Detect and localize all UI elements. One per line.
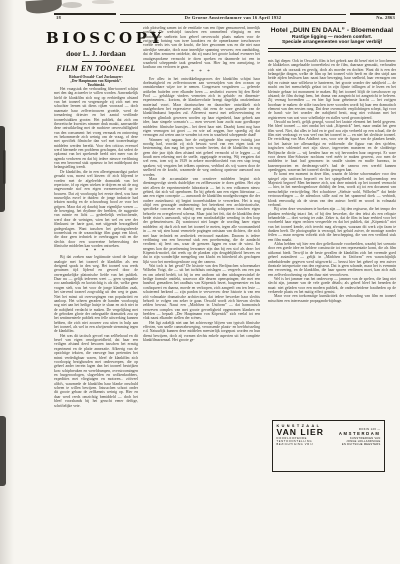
article-paragraph: Het was dit tactisch gevoel van zelfbeho…	[54, 334, 138, 408]
kunstzaal-city: AMSTERDAM	[327, 431, 381, 436]
article-byline: door L. J. Jordaan	[46, 49, 146, 58]
scan-edge-streak	[3, 150, 6, 184]
article-paragraph: Wat toch is het geval? De historie van d…	[143, 264, 260, 321]
column-left: Het vraagstuk der verhouding film-toonee…	[54, 87, 138, 457]
article-paragraph: Wanneer wij nagaan, hoe de zwijgende fil…	[143, 138, 260, 177]
article-paragraph: Wel is het jammer van het onderwerp — ja…	[268, 277, 396, 294]
hotel-ad-offer: Speciale arrangementen voor langer verbl…	[268, 40, 396, 45]
scan-edge-streak	[0, 126, 5, 212]
article-paragraph: Maar de accumulatie van creatieve middel…	[143, 177, 260, 264]
newspaper-page-scan: 18 De Groene Amsterdammer van 16 April 1…	[0, 0, 400, 564]
article-paragraph: Maar voor een toekomstige kunstkritiek d…	[268, 294, 396, 303]
scan-edge-streak	[0, 416, 6, 486]
section-separator: * * *	[54, 249, 138, 255]
title-divider-rule	[82, 61, 110, 62]
article-paragraph: zich plotseling samen tot de ventilatie …	[143, 26, 260, 70]
scan-edge-shadow	[0, 0, 14, 564]
article-paragraph: Eer alles: in het ontwikkelingsproces de…	[143, 77, 260, 138]
kunstzaal-van-lier-ad: KUNSTZAAL VAN LIER ROKIN 126 — AMSTERDAM…	[272, 420, 385, 472]
hotel-ad-divider-rules	[268, 48, 396, 53]
kunstzaal-artworks-note: KUNSTWERKEN VAN JONGE HOLLANDSCHE EN DUI…	[342, 437, 381, 446]
hotel-ad-title: Hotel „DUIN EN DAAL” - Bloemendaal	[268, 27, 396, 34]
kunstzaal-exhibition-note: DOORLOOPENDE TENTOONSTELLING BEZICHTIGIN…	[277, 437, 314, 446]
article-paragraph: Er komt een moment in deze film, waarin …	[268, 172, 396, 207]
film-credits: Richard Oswald- Carl Zuckmayer: „Der Hau…	[46, 75, 146, 87]
article-paragraph: Het vraagstuk der verhouding film-toonee…	[54, 87, 138, 170]
column-right: mis ligt dieper. Ook in Oswald's film is…	[268, 59, 396, 411]
article-paragraph: mis ligt dieper. Ook in Oswald's film is…	[268, 59, 396, 120]
kunstzaal-right-line: EN DUITSCHE MEESTERS	[342, 443, 381, 446]
scan-smudge	[62, 2, 82, 8]
article-paragraph: Aldus hebben wij hier een dier geliefkoo…	[268, 242, 396, 277]
header-rule-under	[120, 22, 346, 23]
header-rule-left	[54, 13, 116, 15]
kunstzaal-left-line: BEZICHTIGING VRIJ	[277, 443, 314, 446]
article-paragraph: Oswald nu heeft, gelijk gezegd, vooral h…	[268, 120, 396, 172]
article-paragraph: Bij wien deze verzuimen te boeken zijn —…	[268, 207, 396, 242]
masthead: De Groene Amsterdammer van 16 April 1932	[120, 15, 346, 20]
van-lier-name: VAN LIER	[277, 428, 324, 437]
hotel-duin-en-daal-ad: Hotel „DUIN EN DAAL” - Bloemendaal Rusti…	[268, 27, 396, 52]
article-title: BIOSCOPY	[46, 29, 146, 47]
issue-number: No. 2863	[350, 15, 395, 20]
page-number: 18	[56, 15, 61, 20]
section-heading: FILM EN TOONEEL	[36, 64, 156, 73]
column-middle: zich plotseling samen tot de ventilatie …	[143, 26, 260, 466]
section-separator: * * *	[143, 70, 260, 76]
article-paragraph: Bij dat zoeken naar legitimatie stond de…	[54, 255, 138, 333]
article-paragraph: De klankfilm, die in een allereigenaardi…	[54, 170, 138, 248]
scan-smudge	[92, 0, 114, 4]
article-paragraph: Het ligt zakelijk niet aan het achterweg…	[143, 321, 260, 343]
